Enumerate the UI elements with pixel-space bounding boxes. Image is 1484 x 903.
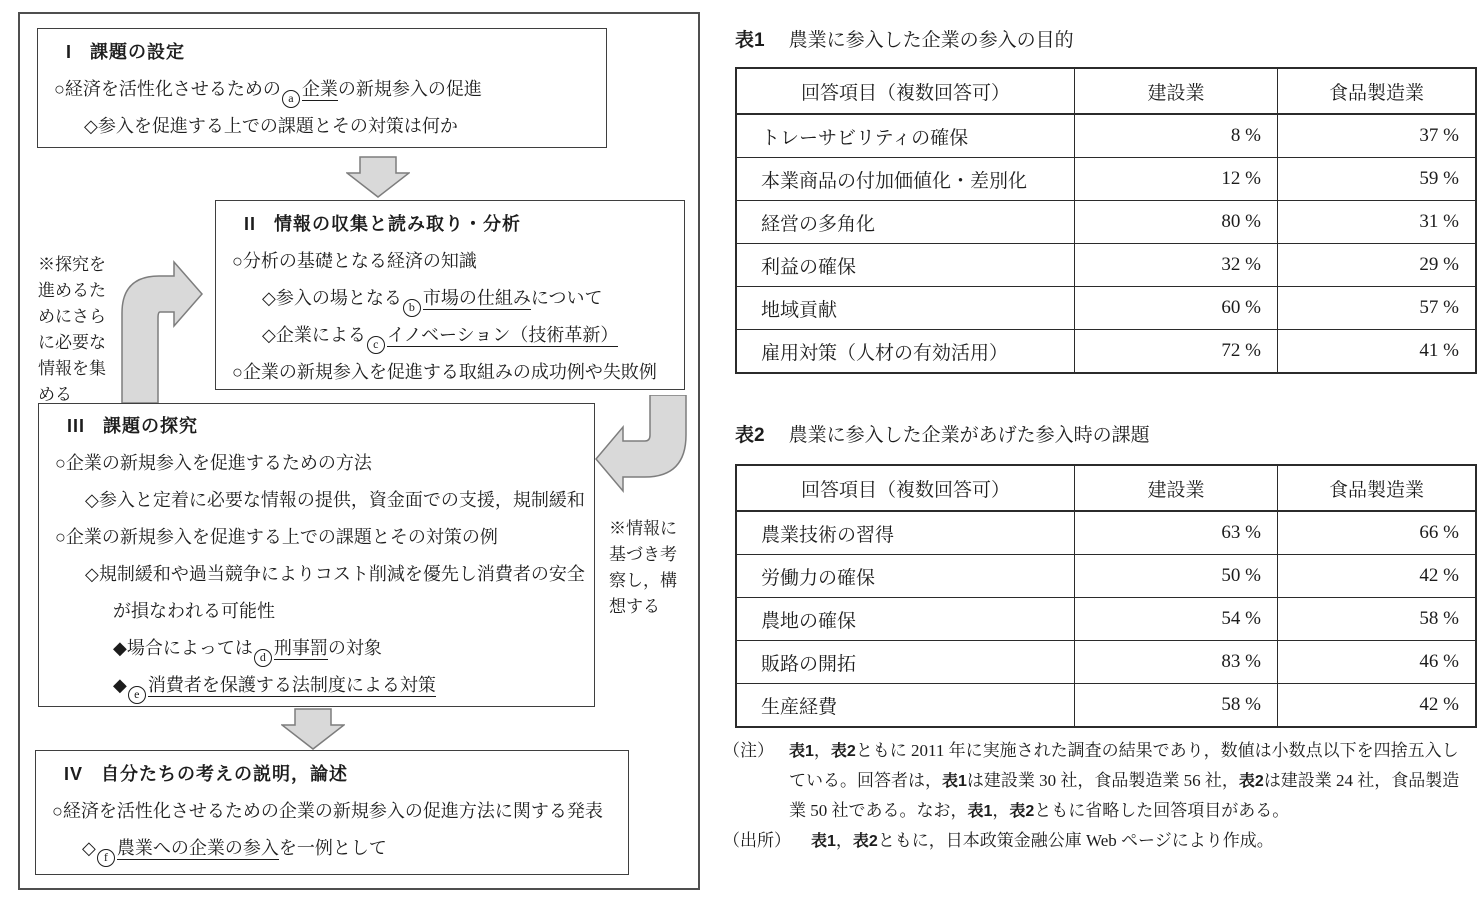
text-segment: ◇参入の場となる (262, 288, 402, 308)
row-value: 54 % (1075, 598, 1278, 641)
note-paragraph: （注）表1，表2ともに 2011 年に実施された調査の結果であり，数値は小数点以… (723, 736, 1475, 826)
table-row: 雇用対策（人材の有効活用）72 %41 % (736, 330, 1476, 374)
text-segment: ◆ (113, 675, 127, 695)
row-label: 労働力の確保 (736, 555, 1075, 598)
row-label: 経営の多角化 (736, 201, 1075, 244)
column-header: 建設業 (1075, 68, 1278, 114)
bold-text: 表2 (1009, 803, 1034, 820)
row-value: 31 % (1278, 201, 1477, 244)
row-label: 本業商品の付加価値化・差別化 (736, 158, 1075, 201)
text-segment: ○経済を活性化させるための企業の新規参入の促進方法に関する発表 (52, 801, 603, 821)
table-row: 農地の確保54 %58 % (736, 598, 1476, 641)
row-value: 66 % (1278, 511, 1477, 555)
flow-line: が損なわれる可能性 (113, 593, 586, 630)
flow-line: ○企業の新規参入を促進する取組みの成功例や失敗例 (232, 354, 676, 391)
note-label: （注） (723, 736, 789, 765)
source-paragraph: （出所）表1，表2ともに，日本政策金融公庫 Web ページにより作成。 (723, 826, 1475, 856)
underlined-term: 企業 (302, 79, 338, 101)
row-value: 42 % (1278, 555, 1477, 598)
flow-box-problem-inquiry: III課題の探究 ○企業の新規参入を促進するための方法◇参入と定着に必要な情報の… (38, 403, 595, 707)
note-text: 表1，表2ともに 2011 年に実施された調査の結果であり，数値は小数点以下を四… (789, 741, 1459, 820)
table-row: 地域貢献60 %57 % (736, 287, 1476, 330)
flow-box-number: III (67, 416, 85, 436)
circled-letter: e (128, 686, 146, 704)
text-segment: ○企業の新規参入を促進するための方法 (55, 453, 372, 473)
column-header: 建設業 (1075, 465, 1278, 511)
row-label: 農地の確保 (736, 598, 1075, 641)
underlined-term: イノベーション（技術革新） (387, 325, 618, 347)
text-segment: の新規参入の促進 (338, 79, 482, 99)
bold-text: 表1 (789, 743, 814, 760)
text-segment: ◇規制緩和や過当競争によりコスト削減を優先し消費者の安全 (85, 564, 585, 584)
table-row: 利益の確保32 %29 % (736, 244, 1476, 287)
text-segment: ともに，日本政策金融公庫 Web ページにより作成。 (878, 831, 1274, 850)
column-header: 食品製造業 (1278, 68, 1477, 114)
row-label: 雇用対策（人材の有効活用） (736, 330, 1075, 374)
elbow-arrow-up-right-icon (110, 258, 205, 403)
flow-box-title: IV自分たちの考えの説明，論述 (64, 756, 620, 793)
header-row: 回答項目（複数回答可）建設業食品製造業 (736, 465, 1476, 511)
table2: 回答項目（複数回答可）建設業食品製造業農業技術の習得63 %66 %労働力の確保… (735, 464, 1477, 728)
flow-line: ○経済を活性化させるためのa企業の新規参入の促進 (54, 71, 598, 108)
flow-box-number: I (66, 42, 72, 62)
row-value: 37 % (1278, 114, 1477, 158)
row-value: 63 % (1075, 511, 1278, 555)
row-label: 利益の確保 (736, 244, 1075, 287)
table2-caption-label: 表2 (735, 425, 765, 446)
column-header: 食品製造業 (1278, 465, 1477, 511)
flow-box-title: II情報の収集と読み取り・分析 (244, 206, 676, 243)
bold-text: 表1 (811, 833, 836, 850)
circled-letter: c (367, 336, 385, 354)
circled-letter: f (97, 849, 115, 867)
bold-text: 表1 (942, 773, 967, 790)
flow-box-title: III課題の探究 (67, 408, 586, 445)
row-label: 生産経費 (736, 684, 1075, 728)
row-value: 8 % (1075, 114, 1278, 158)
flow-line: ○分析の基礎となる経済の知識 (232, 243, 676, 280)
row-value: 29 % (1278, 244, 1477, 287)
left-side-note: ※探究を進めるためにさらに必要な情報を集める (38, 252, 108, 408)
row-label: 農業技術の習得 (736, 511, 1075, 555)
text-segment: の対象 (328, 638, 382, 658)
text-segment: ◇企業による (262, 325, 366, 345)
text-segment: ◆場合によっては (113, 638, 253, 658)
circled-letter: b (403, 299, 421, 317)
circled-letter: d (254, 649, 272, 667)
flow-box-lines: ○経済を活性化させるためのa企業の新規参入の促進◇参入を促進する上での課題とその… (54, 71, 598, 145)
row-value: 50 % (1075, 555, 1278, 598)
row-value: 46 % (1278, 641, 1477, 684)
text-segment: ， (992, 801, 1009, 820)
flow-box-number: II (244, 214, 256, 234)
underlined-term: 農業への企業の参入 (117, 838, 279, 860)
table-row: 農業技術の習得63 %66 % (736, 511, 1476, 555)
flow-box-title-text: 課題の設定 (90, 42, 185, 62)
flow-line: ◆e消費者を保護する法制度による対策 (113, 667, 586, 704)
table2-caption-title: 農業に参入した企業があげた参入時の課題 (789, 425, 1150, 446)
underlined-term: 刑事罰 (274, 638, 328, 660)
column-header: 回答項目（複数回答可） (736, 68, 1075, 114)
row-value: 42 % (1278, 684, 1477, 728)
flow-line: ◇参入を促進する上での課題とその対策は何か (84, 108, 598, 145)
table-row: トレーサビリティの確保8 %37 % (736, 114, 1476, 158)
down-arrow-icon (346, 156, 410, 198)
flow-box-problem-setting: I課題の設定 ○経済を活性化させるためのa企業の新規参入の促進◇参入を促進する上… (37, 28, 607, 148)
text-segment: ○企業の新規参入を促進する上での課題とその対策の例 (55, 527, 498, 547)
circled-letter: a (282, 90, 300, 108)
flow-line: ◇f農業への企業の参入を一例として (82, 830, 620, 867)
row-value: 72 % (1075, 330, 1278, 374)
text-segment: を一例として (279, 838, 387, 858)
flow-line: ◇参入の場となるb市場の仕組みについて (262, 280, 676, 317)
inquiry-flow-panel: I課題の設定 ○経済を活性化させるためのa企業の新規参入の促進◇参入を促進する上… (18, 12, 700, 890)
flow-line: ○企業の新規参入を促進する上での課題とその対策の例 (55, 519, 586, 556)
text-segment: ， (836, 831, 853, 850)
row-value: 12 % (1075, 158, 1278, 201)
elbow-arrow-down-left-icon (595, 395, 687, 495)
flow-line: ◇参入と定着に必要な情報の提供，資金面での支援，規制緩和 (85, 482, 586, 519)
row-value: 32 % (1075, 244, 1278, 287)
header-row: 回答項目（複数回答可）建設業食品製造業 (736, 68, 1476, 114)
table-row: 労働力の確保50 %42 % (736, 555, 1476, 598)
row-label: 販路の開拓 (736, 641, 1075, 684)
table1-caption: 表1農業に参入した企業の参入の目的 (735, 25, 1074, 52)
text-segment: ○企業の新規参入を促進する取組みの成功例や失敗例 (232, 362, 657, 382)
row-value: 80 % (1075, 201, 1278, 244)
flow-line: ○企業の新規参入を促進するための方法 (55, 445, 586, 482)
flow-box-presentation: IV自分たちの考えの説明，論述 ○経済を活性化させるための企業の新規参入の促進方… (35, 750, 629, 875)
down-arrow-icon (281, 708, 345, 750)
flow-box-title-text: 自分たちの考えの説明，論述 (101, 764, 348, 784)
right-side-note: ※情報に基づき考察し，構想する (609, 516, 679, 620)
table-row: 本業商品の付加価値化・差別化12 %59 % (736, 158, 1476, 201)
text-segment: ， (814, 741, 831, 760)
flow-box-title-text: 情報の収集と読み取り・分析 (274, 214, 521, 234)
table1-caption-label: 表1 (735, 30, 765, 51)
text-segment: ともに省略した回答項目がある。 (1034, 801, 1289, 820)
text-segment: ○分析の基礎となる経済の知識 (232, 251, 477, 271)
table-row: 経営の多角化80 %31 % (736, 201, 1476, 244)
footnotes: （注）表1，表2ともに 2011 年に実施された調査の結果であり，数値は小数点以… (723, 736, 1475, 856)
text-segment: ◇ (82, 838, 96, 858)
table-row: 生産経費58 %42 % (736, 684, 1476, 728)
row-value: 59 % (1278, 158, 1477, 201)
table1-caption-title: 農業に参入した企業の参入の目的 (789, 30, 1074, 51)
flow-line: ○経済を活性化させるための企業の新規参入の促進方法に関する発表 (52, 793, 620, 830)
row-value: 57 % (1278, 287, 1477, 330)
flow-box-title: I課題の設定 (66, 34, 598, 71)
flow-box-lines: ○企業の新規参入を促進するための方法◇参入と定着に必要な情報の提供，資金面での支… (55, 445, 586, 704)
table2-caption: 表2農業に参入した企業があげた参入時の課題 (735, 420, 1150, 447)
bold-text: 表2 (853, 833, 878, 850)
row-value: 58 % (1075, 684, 1278, 728)
source-label: （出所） (723, 826, 811, 855)
row-value: 60 % (1075, 287, 1278, 330)
flow-box-number: IV (64, 764, 83, 784)
row-value: 58 % (1278, 598, 1477, 641)
flow-box-lines: ○分析の基礎となる経済の知識◇参入の場となるb市場の仕組みについて◇企業によるc… (232, 243, 676, 391)
row-label: 地域貢献 (736, 287, 1075, 330)
flow-line: ◇規制緩和や過当競争によりコスト削減を優先し消費者の安全 (85, 556, 586, 593)
flow-line: ◆場合によってはd刑事罰の対象 (113, 630, 586, 667)
flow-box-title-text: 課題の探究 (103, 416, 198, 436)
bold-text: 表2 (831, 743, 856, 760)
worksheet-page: I課題の設定 ○経済を活性化させるためのa企業の新規参入の促進◇参入を促進する上… (0, 0, 1484, 903)
text-segment: は建設業 30 社，食品製造業 56 社， (967, 771, 1239, 790)
bold-text: 表1 (968, 803, 993, 820)
column-header: 回答項目（複数回答可） (736, 465, 1075, 511)
text-segment: ○経済を活性化させるための (54, 79, 281, 99)
row-value: 83 % (1075, 641, 1278, 684)
text-segment: ◇参入を促進する上での課題とその対策は何か (84, 116, 458, 136)
bold-text: 表2 (1239, 773, 1264, 790)
underlined-term: 消費者を保護する法制度による対策 (148, 675, 436, 697)
row-label: トレーサビリティの確保 (736, 114, 1075, 158)
flow-box-information-analysis: II情報の収集と読み取り・分析 ○分析の基礎となる経済の知識◇参入の場となるb市… (215, 200, 685, 390)
table-row: 販路の開拓83 %46 % (736, 641, 1476, 684)
text-segment: について (531, 288, 603, 308)
text-segment: が損なわれる可能性 (113, 601, 275, 621)
flow-line: ◇企業によるcイノベーション（技術革新） (262, 317, 676, 354)
underlined-term: 市場の仕組み (423, 288, 531, 310)
text-segment: ◇参入と定着に必要な情報の提供，資金面での支援，規制緩和 (85, 490, 585, 510)
source-text: 表1，表2ともに，日本政策金融公庫 Web ページにより作成。 (811, 831, 1274, 850)
table1: 回答項目（複数回答可）建設業食品製造業トレーサビリティの確保8 %37 %本業商… (735, 67, 1477, 374)
row-value: 41 % (1278, 330, 1477, 374)
flow-box-lines: ○経済を活性化させるための企業の新規参入の促進方法に関する発表◇f農業への企業の… (52, 793, 620, 867)
